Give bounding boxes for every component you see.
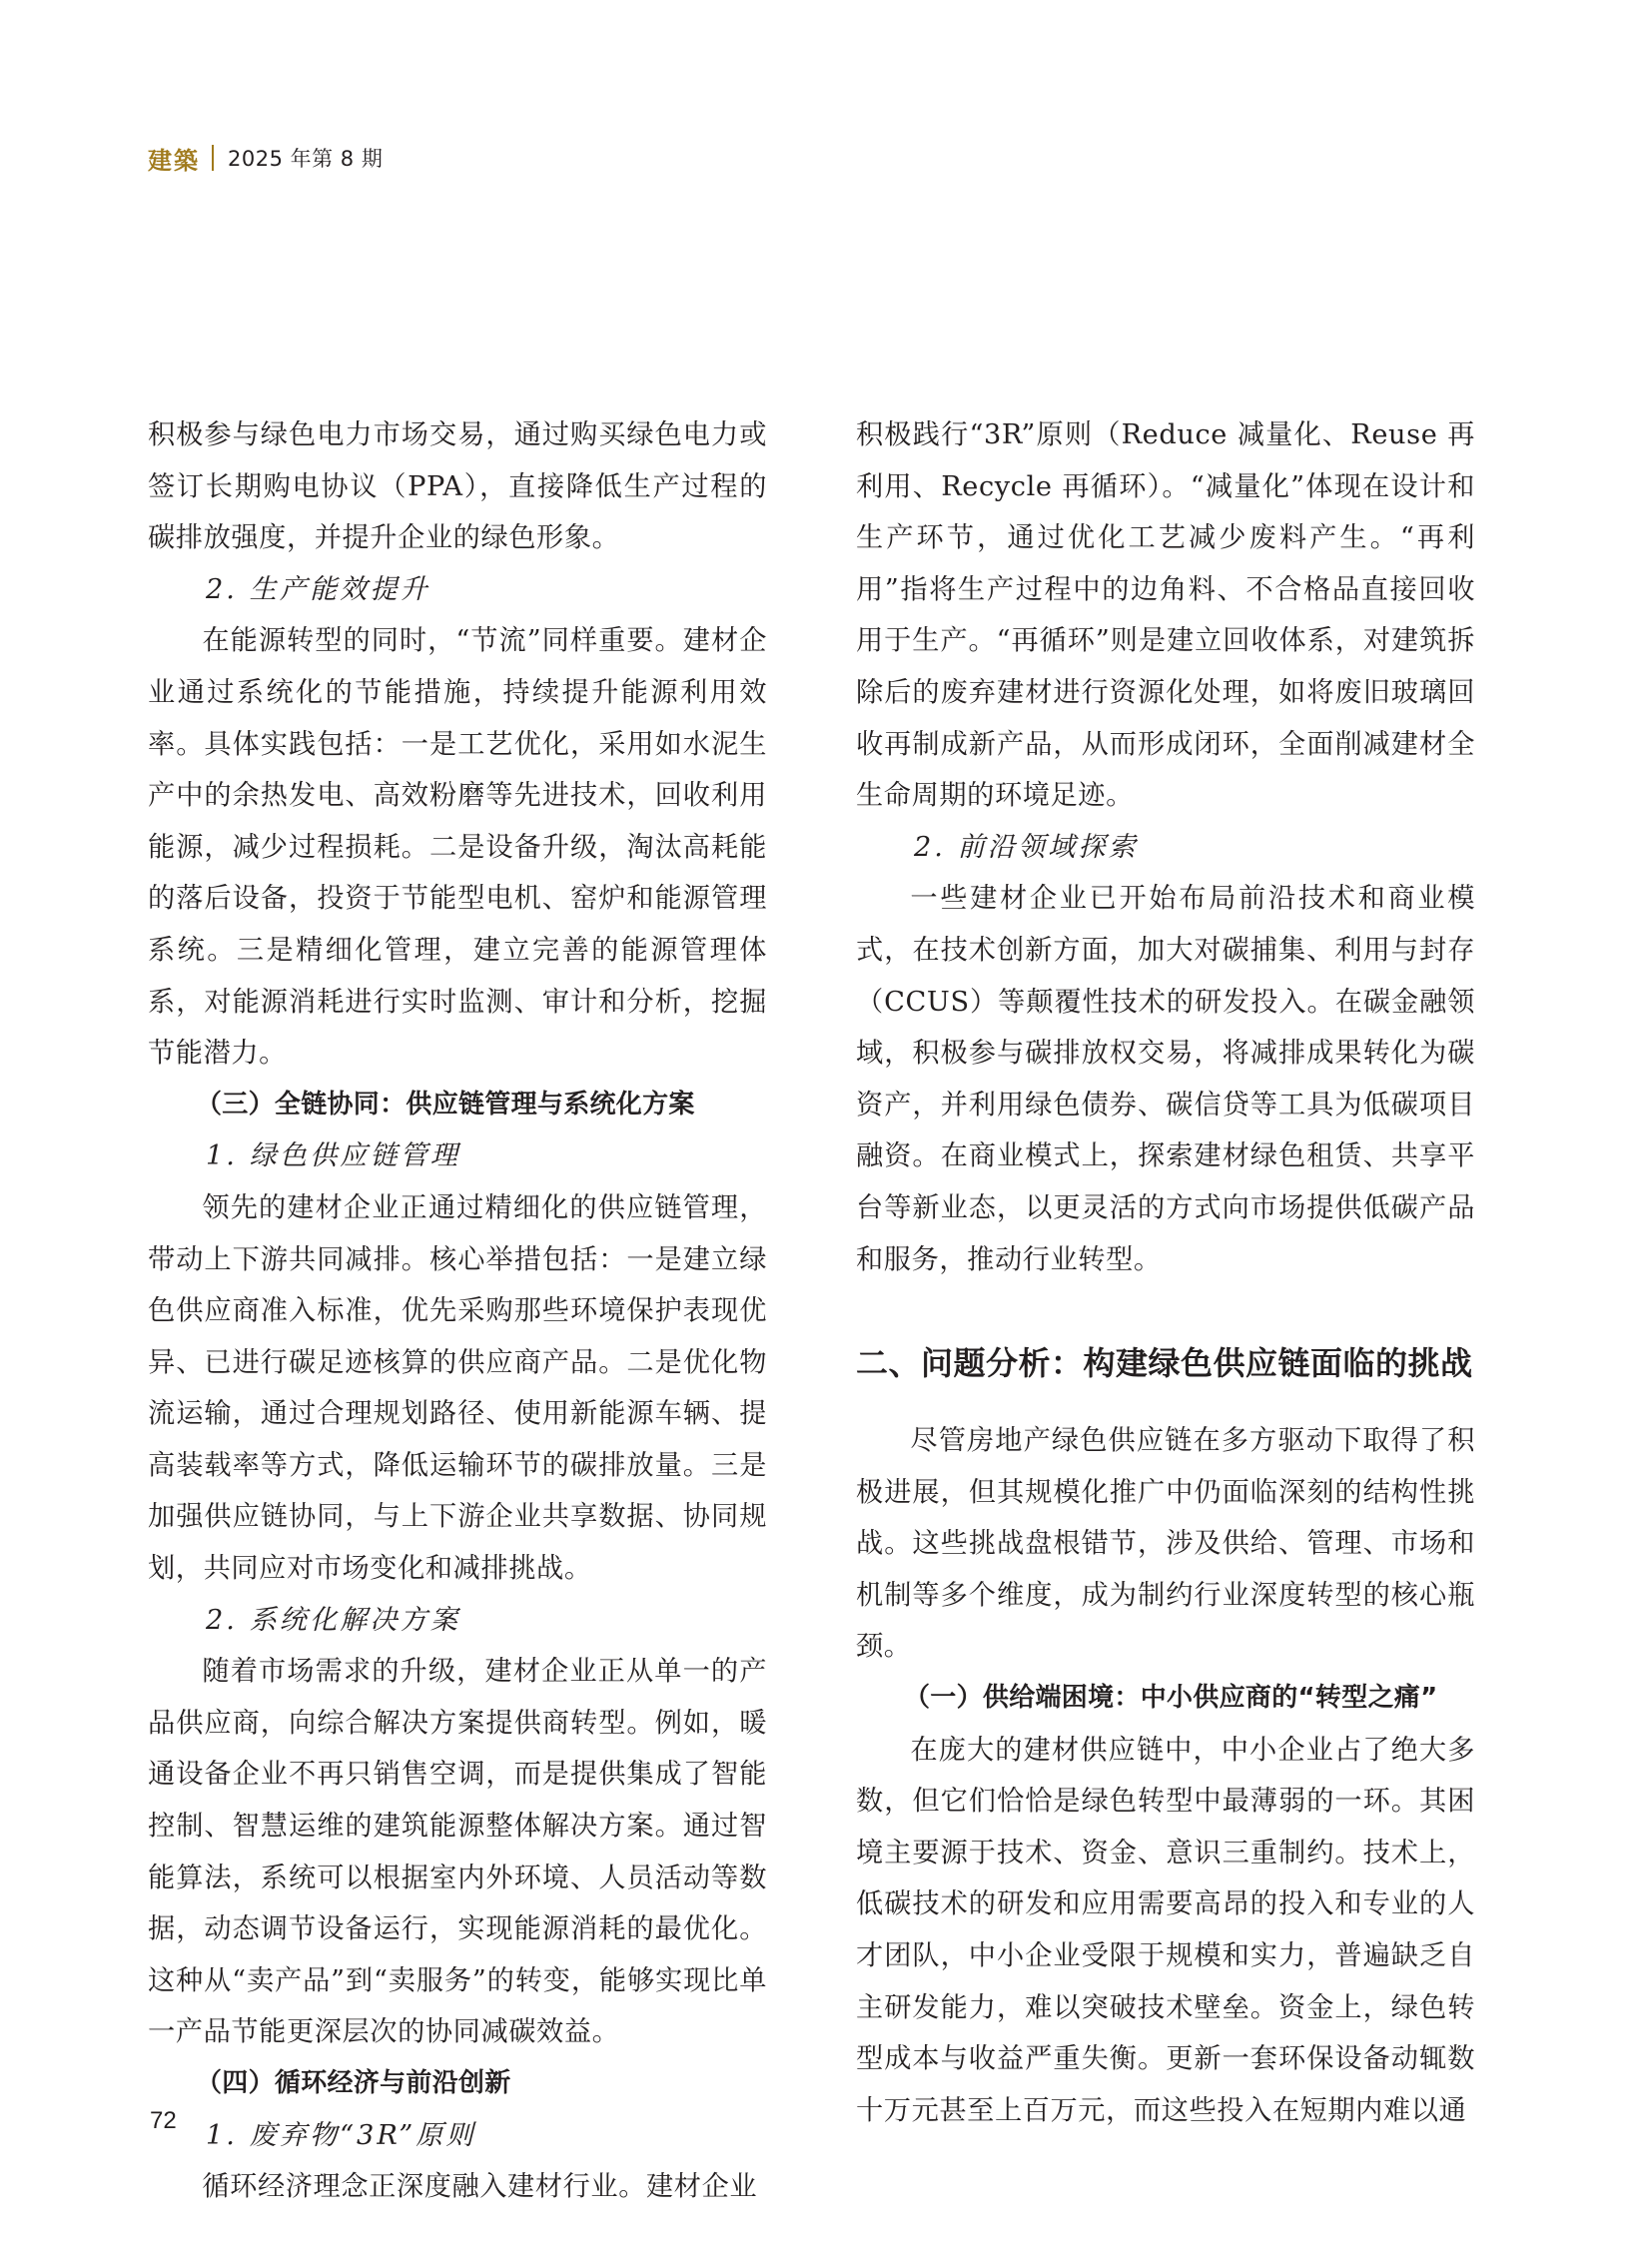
running-header: 建築 2025 年第 8 期 [148,138,383,178]
paragraph: 随着市场需求的升级，建材企业正从单一的产品供应商，向综合解决方案提供商转型。例如… [148,1646,767,2058]
paragraph: 一些建材企业已开始布局前沿技术和商业模式，在技术创新方面，加大对碳捕集、利用与封… [856,873,1475,1285]
paragraph: 尽管房地产绿色供应链在多方驱动下取得了积极进展，但其规模化推广中仍面临深刻的结构… [856,1415,1475,1673]
paragraph: 循环经济理念正深度融入建材行业。建材企业 [148,2161,767,2213]
section-heading: （四）循环经济与前沿创新 [148,2058,767,2110]
journal-logo: 建築 [148,141,200,176]
subheading: 2. 前沿领域探索 [856,822,1475,874]
right-column: 积极践行“3R”原则（Reduce 减量化、Reuse 再利用、Recycle … [856,409,1475,2136]
paragraph: 积极践行“3R”原则（Reduce 减量化、Reuse 再利用、Recycle … [856,409,1475,822]
left-column: 积极参与绿色电力市场交易，通过购买绿色电力或签订长期购电协议（PPA），直接降低… [148,409,767,2213]
paragraph: 积极参与绿色电力市场交易，通过购买绿色电力或签订长期购电协议（PPA），直接降低… [148,409,767,564]
subheading: 2. 生产能效提升 [148,564,767,616]
paragraph: 领先的建材企业正通过精细化的供应链管理，带动上下游共同减排。核心举措包括：一是建… [148,1182,767,1595]
section-heading: （一）供给端困境：中小供应商的“转型之痛” [856,1673,1475,1725]
subheading: 1. 废弃物“3R”原则 [148,2110,767,2162]
paragraph: 在能源转型的同时，“节流”同样重要。建材企业通过系统化的节能措施，持续提升能源利… [148,615,767,1079]
page-number: 72 [150,2107,177,2135]
chapter-heading: 二、问题分析：构建绿色供应链面临的挑战 [856,1343,1475,1383]
subheading: 2. 系统化解决方案 [148,1595,767,1647]
header-divider [212,145,214,171]
subheading: 1. 绿色供应链管理 [148,1130,767,1182]
section-heading: （三）全链协同：供应链管理与系统化方案 [148,1080,767,1131]
issue-label: 2025 年第 8 期 [228,143,383,173]
paragraph: 在庞大的建材供应链中，中小企业占了绝大多数，但它们恰恰是绿色转型中最薄弱的一环。… [856,1725,1475,2137]
